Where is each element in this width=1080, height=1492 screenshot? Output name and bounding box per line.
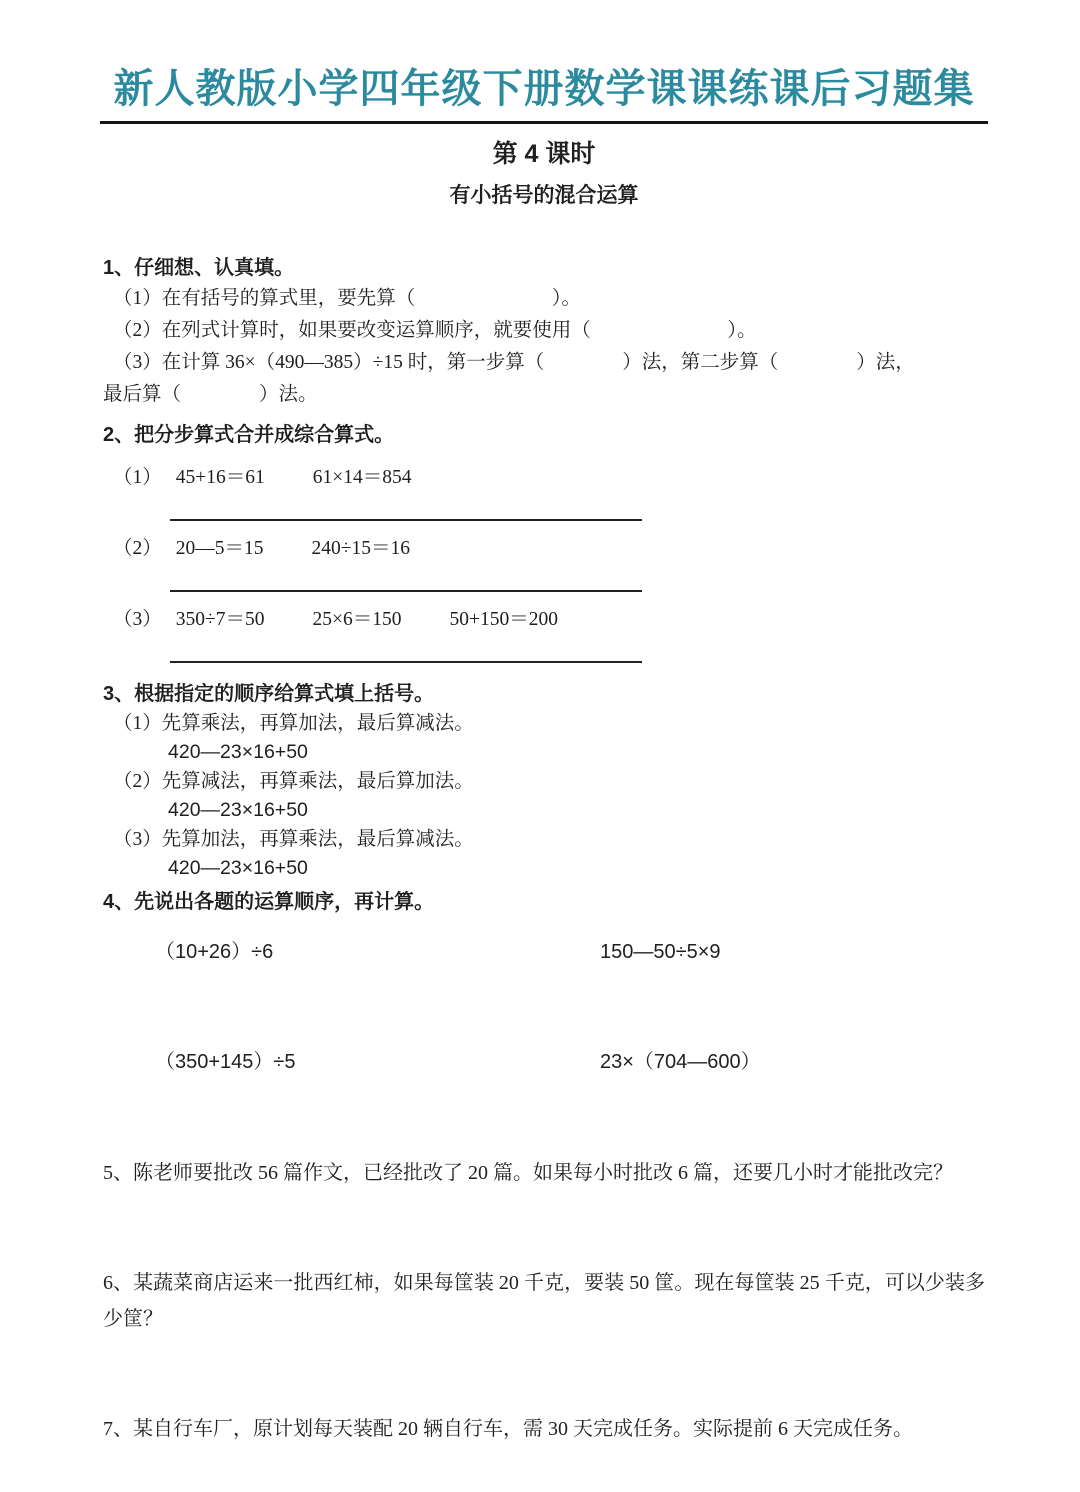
expression: （350+145）÷5 bbox=[155, 1049, 600, 1075]
question-4-row-2: （350+145）÷5 23×（704—600） bbox=[103, 1049, 985, 1075]
question-7-text: 7、某自行车厂，原计划每天装配 20 辆自行车，需 30 天完成任务。实际提前 … bbox=[103, 1411, 985, 1447]
question-1-item-1: （1）在有括号的算式里，要先算（ ）。 bbox=[113, 283, 985, 315]
question-3-heading: 3、根据指定的顺序给算式填上括号。 bbox=[103, 679, 985, 709]
question-3-item-2: （2）先算减法，再算乘法，最后算加法。 420—23×16+50 bbox=[103, 767, 985, 825]
question-2-item-1: （1） 45+16＝61 61×14＝854 bbox=[113, 465, 985, 491]
expression: 420—23×16+50 bbox=[168, 854, 985, 883]
equation: 45+16＝61 bbox=[176, 465, 265, 491]
equation: 61×14＝854 bbox=[313, 465, 412, 491]
question-3-item-3: （3）先算加法，再算乘法，最后算减法。 420—23×16+50 bbox=[103, 825, 985, 883]
question-6-text: 6、某蔬菜商店运来一批西红柿，如果每筐装 20 千克，要装 50 筐。现在每筐装… bbox=[103, 1265, 985, 1337]
order-instruction: （2）先算减法，再算乘法，最后算加法。 bbox=[113, 767, 985, 796]
equation: 25×6＝150 bbox=[312, 607, 401, 633]
document-title: 新人教版小学四年级下册数学课课练课后习题集 bbox=[103, 66, 985, 112]
question-2-item-2: （2） 20—5＝15 240÷15＝16 bbox=[113, 536, 985, 562]
equation: 350÷7＝50 bbox=[176, 607, 265, 633]
order-instruction: （3）先算加法，再算乘法，最后算减法。 bbox=[113, 825, 985, 854]
question-4-row-1: （10+26）÷6 150—50÷5×9 bbox=[103, 939, 985, 965]
equation: 20—5＝15 bbox=[176, 536, 264, 562]
expression: 23×（704—600） bbox=[600, 1049, 761, 1075]
question-3-item-1: （1）先算乘法，再算加法，最后算减法。 420—23×16+50 bbox=[103, 709, 985, 767]
lesson-number: 第 4 课时 bbox=[103, 134, 985, 170]
question-4-heading: 4、先说出各题的运算顺序，再计算。 bbox=[103, 887, 985, 917]
expression: 420—23×16+50 bbox=[168, 796, 985, 825]
answer-blank-line bbox=[170, 661, 642, 663]
lesson-subtitle: 有小括号的混合运算 bbox=[103, 179, 985, 209]
expression: 420—23×16+50 bbox=[168, 738, 985, 767]
title-divider bbox=[100, 121, 988, 124]
answer-blank-line bbox=[170, 519, 642, 521]
item-label: （1） bbox=[113, 465, 162, 491]
question-1-item-3: （3）在计算 36×（490—385）÷15 时，第一步算（ ）法，第二步算（ … bbox=[113, 347, 985, 379]
question-2-heading: 2、把分步算式合并成综合算式。 bbox=[103, 420, 985, 450]
question-1-item-2: （2）在列式计算时，如果要改变运算顺序，就要使用（ ）。 bbox=[113, 315, 985, 347]
question-1-heading: 1、仔细想、认真填。 bbox=[103, 253, 985, 283]
order-instruction: （1）先算乘法，再算加法，最后算减法。 bbox=[113, 709, 985, 738]
equation: 50+150＝200 bbox=[449, 607, 558, 633]
question-2-item-3: （3） 350÷7＝50 25×6＝150 50+150＝200 bbox=[113, 607, 985, 633]
item-label: （3） bbox=[113, 607, 162, 633]
equation: 240÷15＝16 bbox=[312, 536, 410, 562]
answer-blank-line bbox=[170, 590, 642, 592]
expression: （10+26）÷6 bbox=[155, 939, 600, 965]
question-1-item-3-continued: 最后算（ ）法。 bbox=[103, 379, 985, 411]
expression: 150—50÷5×9 bbox=[600, 939, 721, 965]
item-label: （2） bbox=[113, 536, 162, 562]
worksheet-page: 新人教版小学四年级下册数学课课练课后习题集 第 4 课时 有小括号的混合运算 1… bbox=[0, 0, 1080, 1492]
question-5-text: 5、陈老师要批改 56 篇作文，已经批改了 20 篇。如果每小时批改 6 篇，还… bbox=[103, 1155, 985, 1191]
